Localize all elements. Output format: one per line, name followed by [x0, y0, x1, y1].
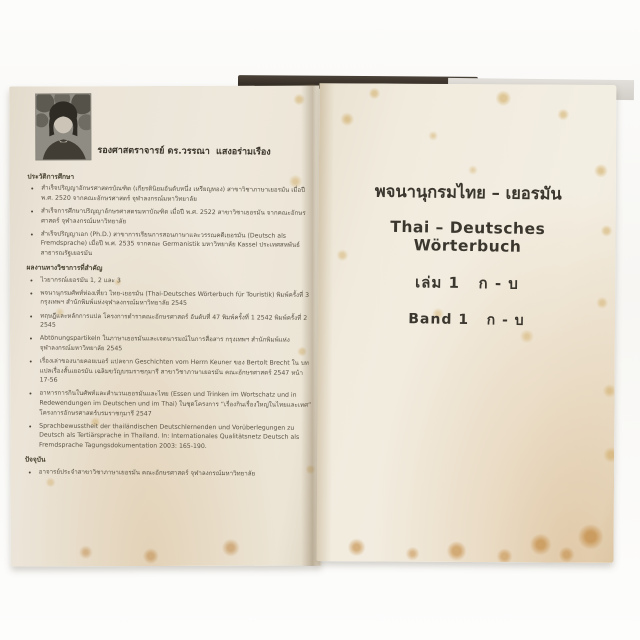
list-item: เรื่องเล่าของนายคอยเนอร์ แปลจาก Geschich…: [40, 357, 312, 388]
author-portrait-photo: [35, 93, 91, 160]
section-heading-present: ปัจจุบัน: [25, 455, 311, 468]
list-item: ไวยากรณ์เยอรมัน 1, 2 และ 3: [40, 275, 312, 287]
author-bio: ประวัติการศึกษา สำเร็จปริญญาอักษรศาสตรบั…: [25, 166, 314, 483]
list-item: สำเร็จการศึกษาปริญญาอักษรศาสตรมหาบัณฑิต …: [41, 207, 313, 229]
title-block: พจนานุกรมไทย – เยอรมัน Thai – Deutsches …: [329, 178, 605, 333]
list-item: อาจารย์ประจำสาขาวิชาภาษาเยอรมัน คณะอักษร…: [39, 467, 311, 479]
education-list: สำเร็จปริญญาอักษรศาสตรบัณฑิต (เกียรตินิย…: [27, 184, 314, 261]
photo-background: รองศาสตราจารย์ ดร.วรรณา แสงอร่ามเรือง ปร…: [0, 0, 640, 640]
book-title-thai: พจนานุกรมไทย – เยอรมัน: [331, 178, 605, 208]
list-item: อาหารการกินในศัพท์และสำนวนเยอรมันและไทย …: [39, 389, 311, 420]
list-item: Sprachbewusstheit der thailändischen Deu…: [39, 421, 311, 452]
volume-label-thai: เล่ม 1 ก - บ: [330, 269, 604, 297]
author-name-heading: รองศาสตราจารย์ ดร.วรรณา แสงอร่ามเรือง: [97, 143, 307, 159]
list-item: พจนานุกรมศัพท์ท่องเที่ยว ไทย-เยอรมัน (Th…: [40, 288, 312, 310]
list-item: สำเร็จปริญญาอักษรศาสตรบัณฑิต (เกียรตินิย…: [41, 184, 313, 206]
list-item: ทฤษฎีและหลักการแปล โครงการตำราคณะอักษรศา…: [40, 311, 312, 333]
portrait-image: [36, 94, 91, 160]
section-heading-works: ผลงานทางวิชาการที่สำคัญ: [27, 263, 313, 276]
present-list: อาจารย์ประจำสาขาวิชาภาษาเยอรมัน คณะอักษร…: [25, 467, 311, 479]
list-item: Abtönungspartikeln ในภาษาเยอรมันและเจตนา…: [40, 334, 312, 356]
left-page: รองศาสตราจารย์ ดร.วรรณา แสงอร่ามเรือง ปร…: [9, 85, 321, 566]
volume-label-german: Band 1 ก - บ: [329, 307, 603, 333]
book-title-german: Thai – Deutsches Wörterbuch: [330, 217, 605, 257]
list-item: สำเร็จปริญญาเอก (Ph.D.) สาขาการเรียนการส…: [41, 229, 313, 260]
works-list: ไวยากรณ์เยอรมัน 1, 2 และ 3 พจนานุกรมศัพท…: [25, 275, 313, 452]
section-heading-education: ประวัติการศึกษา: [27, 171, 313, 184]
right-page: พจนานุกรมไทย – เยอรมัน Thai – Deutsches …: [317, 83, 617, 563]
